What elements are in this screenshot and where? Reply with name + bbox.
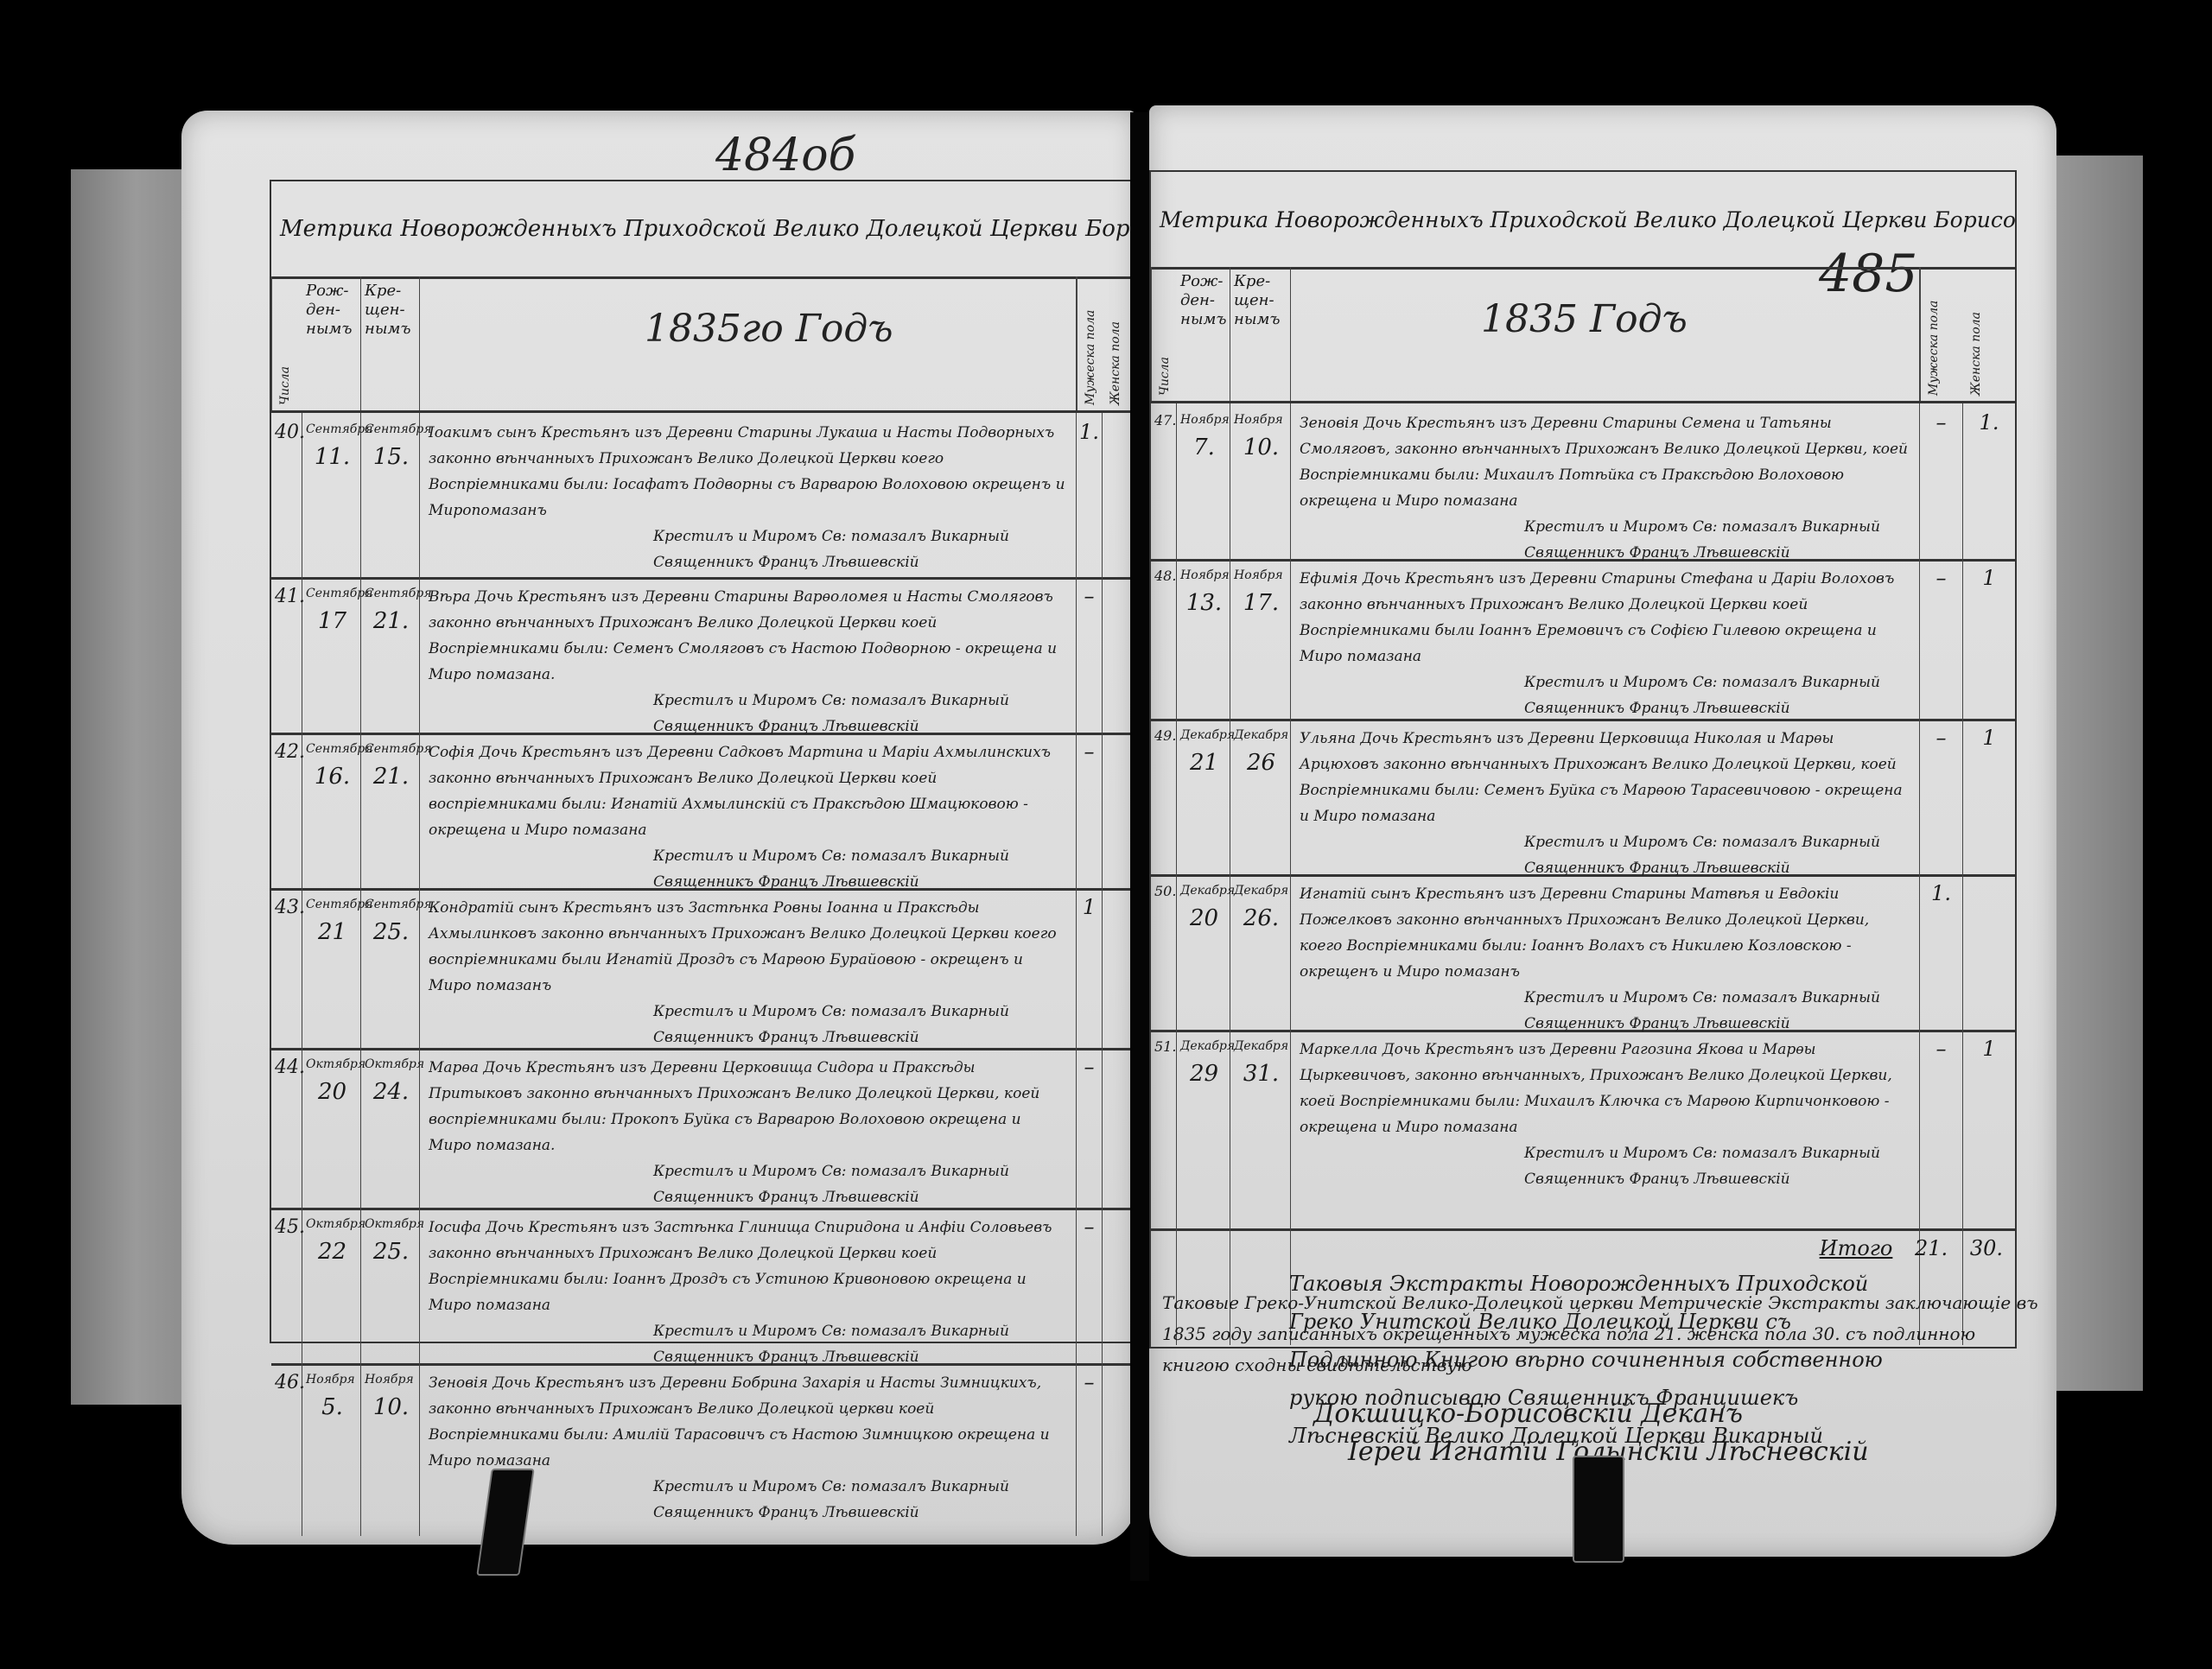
born-date: Ноября5. xyxy=(302,1363,361,1536)
baptism-date: Сентября21. xyxy=(361,577,420,733)
female-count: 1. xyxy=(1963,403,2015,559)
entry-text: Іосифа Дочь Крестьянъ изъ Застѣнка Глини… xyxy=(420,1208,1077,1363)
female-count xyxy=(1103,1048,1131,1208)
born-date: Ноября13. xyxy=(1177,559,1230,719)
register-entry: 50. Декабря20 Декабря26. Игнатій сынъ Кр… xyxy=(1151,874,2015,1032)
register-entry: 44. Октября20 Октября24. Марѳа Дочь Крес… xyxy=(271,1048,1131,1210)
baptism-date: Ноября17. xyxy=(1230,559,1291,719)
baptism-date: Ноября10. xyxy=(1230,403,1291,559)
male-count: – xyxy=(1077,1048,1103,1208)
right-register-table: Метрика Новорожденныхъ Приходской Велико… xyxy=(1149,170,2017,1349)
totals-row: Итого 21. 30. xyxy=(1820,1236,2003,1260)
baptism-date: Ноября10. xyxy=(361,1363,420,1536)
right-col-female: Женска пола xyxy=(1963,267,2015,401)
left-page-title: Метрика Новорожденныхъ Приходской Велико… xyxy=(271,181,1131,279)
register-entry: 42. Сентября16. Сентября21. Софія Дочь К… xyxy=(271,733,1131,891)
born-date: Октября20 xyxy=(302,1048,361,1208)
born-date: Декабря29 xyxy=(1177,1030,1230,1228)
entry-number: 43. xyxy=(271,888,302,1048)
right-year-header: 1835 Годъ xyxy=(1481,310,1688,329)
male-count: – xyxy=(1920,403,1963,559)
entry-text: Софія Дочь Крестьянъ изъ Деревни Садковъ… xyxy=(420,733,1077,888)
register-entry: 40. Сентября11. Сентября15. Іоакимъ сынъ… xyxy=(271,413,1131,580)
book-spine xyxy=(1130,112,1149,1581)
female-count: 1 xyxy=(1963,1030,2015,1228)
total-male: 21. xyxy=(1915,1236,1948,1260)
register-entry: 45. Октября22 Октября25. Іосифа Дочь Кре… xyxy=(271,1208,1131,1366)
female-count xyxy=(1963,874,2015,1030)
born-date: Октября22 xyxy=(302,1208,361,1363)
entry-text: Игнатій сынъ Крестьянъ изъ Деревни Стари… xyxy=(1291,874,1920,1030)
register-entry: 48. Ноября13. Ноября17. Ефимія Дочь Крес… xyxy=(1151,559,2015,721)
total-female: 30. xyxy=(1970,1236,2003,1260)
baptism-date: Декабря31. xyxy=(1230,1030,1291,1228)
born-date: Сентября16. xyxy=(302,733,361,888)
left-col-male: Мужеска пола xyxy=(1077,276,1103,410)
entry-number: 47. xyxy=(1151,403,1177,559)
entry-text: Кондратій сынъ Крестьянъ изъ Застѣнка Ро… xyxy=(420,888,1077,1048)
born-date: Сентября17 xyxy=(302,577,361,733)
baptism-date: Сентября21. xyxy=(361,733,420,888)
right-page-title: Метрика Новорожденныхъ Приходской Велико… xyxy=(1151,172,2015,270)
left-col-female: Женска пола xyxy=(1103,276,1131,410)
male-count: – xyxy=(1077,1363,1103,1536)
entry-number: 42. xyxy=(271,733,302,888)
register-entry: 43. Сентября21 Сентября25. Кондратій сын… xyxy=(271,888,1131,1050)
male-count: – xyxy=(1077,577,1103,733)
dean-certification: Таковые Греко-Унитской Велико-Долецкой ц… xyxy=(1162,1287,2044,1380)
male-count: – xyxy=(1920,559,1963,719)
baptism-date: Декабря26 xyxy=(1230,719,1291,874)
left-col-number: Числа xyxy=(271,276,302,410)
born-date: Декабря20 xyxy=(1177,874,1230,1030)
entry-text: Іоакимъ сынъ Крестьянъ изъ Деревни Стари… xyxy=(420,413,1077,577)
male-count: 1 xyxy=(1077,888,1103,1048)
right-col-number: Числа xyxy=(1151,267,1177,401)
male-count: – xyxy=(1920,1030,1963,1228)
entry-text: Марѳа Дочь Крестьянъ изъ Деревни Церкови… xyxy=(420,1048,1077,1208)
entry-number: 40. xyxy=(271,413,302,577)
entry-number: 44. xyxy=(271,1048,302,1208)
left-col-born: Рож-ден-нымъ xyxy=(302,276,361,410)
left-year-header: 1835го Годъ xyxy=(645,320,893,339)
entry-text: Ульяна Дочь Крестьянъ изъ Деревни Церков… xyxy=(1291,719,1920,874)
female-count xyxy=(1103,888,1131,1048)
left-header-row: Числа Рож-ден-нымъ Кре-щен-нымъ 1835го Г… xyxy=(271,276,1131,413)
female-count xyxy=(1103,1363,1131,1536)
book-clip-right xyxy=(1573,1456,1624,1563)
register-entry: 51. Декабря29 Декабря31. Маркелла Дочь К… xyxy=(1151,1030,2015,1231)
entry-number: 41. xyxy=(271,577,302,733)
entry-number: 49. xyxy=(1151,719,1177,874)
baptism-date: Декабря26. xyxy=(1230,874,1291,1030)
female-count xyxy=(1103,733,1131,888)
baptism-date: Сентября25. xyxy=(361,888,420,1048)
register-entry: 49. Декабря21 Декабря26 Ульяна Дочь Крес… xyxy=(1151,719,2015,877)
entry-text: Вѣра Дочь Крестьянъ изъ Деревни Старины … xyxy=(420,577,1077,733)
book-cover-right xyxy=(2048,155,2143,1391)
female-count: 1 xyxy=(1963,719,2015,874)
male-count: 1. xyxy=(1920,874,1963,1030)
entry-number: 46. xyxy=(271,1363,302,1536)
left-entries: 40. Сентября11. Сентября15. Іоакимъ сынъ… xyxy=(271,413,1131,1342)
left-folio-number: 484об xyxy=(715,130,855,181)
baptism-date: Октября25. xyxy=(361,1208,420,1363)
entry-text: Зеновія Дочь Крестьянъ изъ Деревни Стари… xyxy=(1291,403,1920,559)
female-count xyxy=(1103,1208,1131,1363)
female-count: 1 xyxy=(1963,559,2015,719)
male-count: – xyxy=(1077,1208,1103,1363)
born-date: Сентября21 xyxy=(302,888,361,1048)
entry-text: Маркелла Дочь Крестьянъ изъ Деревни Раго… xyxy=(1291,1030,1920,1228)
female-count xyxy=(1103,413,1131,577)
baptism-date: Сентября15. xyxy=(361,413,420,577)
total-label: Итого xyxy=(1820,1236,1893,1260)
entry-number: 50. xyxy=(1151,874,1177,1030)
baptism-date: Октября24. xyxy=(361,1048,420,1208)
left-col-baptized: Кре-щен-нымъ xyxy=(361,276,420,410)
right-col-record: 1835 Годъ xyxy=(1291,267,1920,401)
entry-number: 51. xyxy=(1151,1030,1177,1228)
right-entries: 47. Ноября7. Ноября10. Зеновія Дочь Крес… xyxy=(1151,403,2015,1347)
register-entry: 47. Ноября7. Ноября10. Зеновія Дочь Крес… xyxy=(1151,403,2015,562)
born-date: Ноября7. xyxy=(1177,403,1230,559)
register-entry: 41. Сентября17 Сентября21. Вѣра Дочь Кре… xyxy=(271,577,1131,735)
born-date: Сентября11. xyxy=(302,413,361,577)
born-date: Декабря21 xyxy=(1177,719,1230,874)
male-count: 1. xyxy=(1077,413,1103,577)
right-col-male: Мужеска пола xyxy=(1920,267,1963,401)
left-col-record: 1835го Годъ xyxy=(420,276,1077,410)
entry-text: Ефимія Дочь Крестьянъ изъ Деревни Старин… xyxy=(1291,559,1920,719)
male-count: – xyxy=(1077,733,1103,888)
right-col-born: Рож-ден-нымъ xyxy=(1177,267,1230,401)
signature-line-1: Докшицко-Борисовскій Деканъ xyxy=(1313,1395,1869,1433)
female-count xyxy=(1103,577,1131,733)
right-header-row: Числа Рож-ден-нымъ Кре-щен-нымъ 1835 Год… xyxy=(1151,267,2015,403)
male-count: – xyxy=(1920,719,1963,874)
entry-number: 48. xyxy=(1151,559,1177,719)
right-col-baptized: Кре-щен-нымъ xyxy=(1230,267,1291,401)
left-register-table: Метрика Новорожденныхъ Приходской Велико… xyxy=(270,180,1133,1343)
entry-number: 45. xyxy=(271,1208,302,1363)
